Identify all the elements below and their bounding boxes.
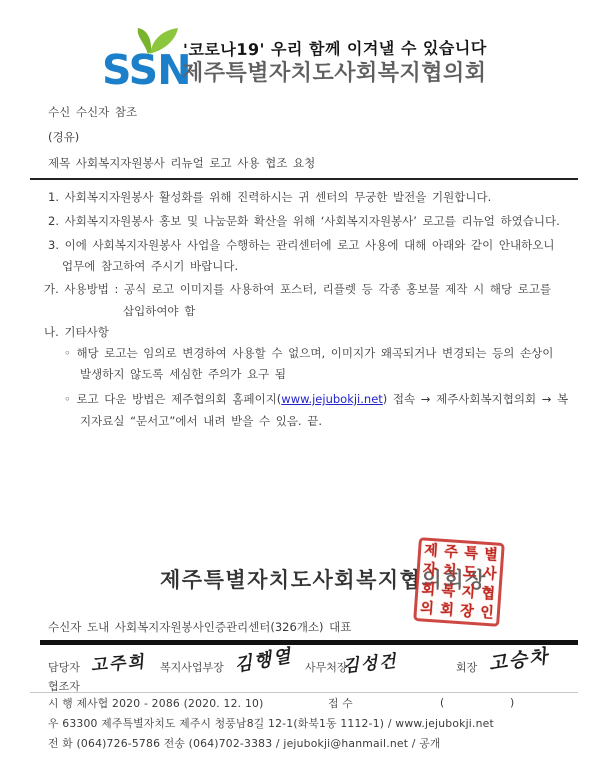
body-line-2: 2. 사회복지자원봉사 홍보 및 나눔문화 확산을 위해 ‘사회복지자원봉사’ … [48,213,560,229]
signature-damdang: 고주희 [91,647,148,676]
official-title-samu: 사무처장 [305,659,348,675]
reception-paren-open: ( [440,696,444,709]
body-bullet-2-cont: 지자료실 “문서고”에서 내려 받을 수 있음. 끝. [80,413,322,429]
reception-label: 접 수 [328,696,353,711]
body-bullet-2: ◦ 로고 다운 방법은 제주협의회 홈페이지(www.jejubokji.net… [64,391,568,407]
approval-divider [40,640,578,645]
official-seal-stamp: 제주특별자치도사회복지협의회장인 [413,537,505,627]
leaf-icon [134,26,182,60]
header-divider [30,178,578,180]
signature-bokji: 김행열 [235,640,295,677]
org-name-header: 제주특별자치도사회복지협의회 [182,56,602,87]
subject-line: 제목 사회복지자원봉사 리뉴얼 로고 사용 협조 요청 [48,155,315,171]
official-title-bokji: 복지사업부장 [160,659,224,675]
contact-line: 전 화 (064)726-5786 전송 (064)702-3383 / jej… [48,736,441,751]
footer-divider [30,692,578,693]
body-line-ga: 가. 사용방법 : 공식 로고 이미지를 사용하여 포스터, 리플렛 등 각종 … [44,281,551,297]
body-line-na: 나. 기타사항 [44,324,109,340]
homepage-link[interactable]: www.jejubokji.net [281,392,382,406]
official-title-hoejang: 회장 [456,659,477,675]
reception-paren-close: ) [510,696,514,709]
body-bullet-1: ◦ 해당 로고는 임의로 변경하여 사용할 수 없으며, 이미지가 왜곡되거나 … [64,345,553,361]
body-bullet-1-cont: 발생하지 않도록 세심한 주의가 요구 됨 [80,366,286,382]
bullet-2-post: ) 접속 → 제주사회복지협의회 → 복 [383,392,568,406]
recipient-line: 수신 수신자 참조 [48,104,137,120]
body-line-3: 3. 이에 사회복지자원봉사 사업을 수행하는 관리센터에 로고 사용에 대해 … [48,237,554,253]
official-letter-page: SSN '코로나19' 우리 함께 이겨낼 수 있습니다 제주특별자치도사회복지… [0,0,608,772]
via-line: (경유) [48,129,79,145]
body-line-3-cont: 업무에 참고하여 주시기 바랍니다. [62,258,238,274]
bullet-2-pre: ◦ 로고 다운 방법은 제주협의회 홈페이지( [64,392,281,406]
official-title-damdang: 담당자 [48,659,80,675]
address-line: 우 63300 제주특별자치도 제주시 청풍남8길 12-1(화북1동 1112… [48,716,494,731]
signature-hoejang: 고승차 [489,640,551,676]
signature-samu: 김성건 [342,646,401,677]
doc-number-line: 시 행 제사협 2020 - 2086 (2020. 12. 10) [48,696,264,711]
body-line-ga-cont: 삽입하여야 함 [123,303,195,319]
body-line-1: 1. 사회복지자원봉사 활성화를 위해 진력하시는 귀 센터의 무궁한 발전을 … [48,189,491,205]
recipients-footer-line: 수신자 도내 사회복지자원봉사인증관리센터(326개소) 대표 [48,619,351,635]
